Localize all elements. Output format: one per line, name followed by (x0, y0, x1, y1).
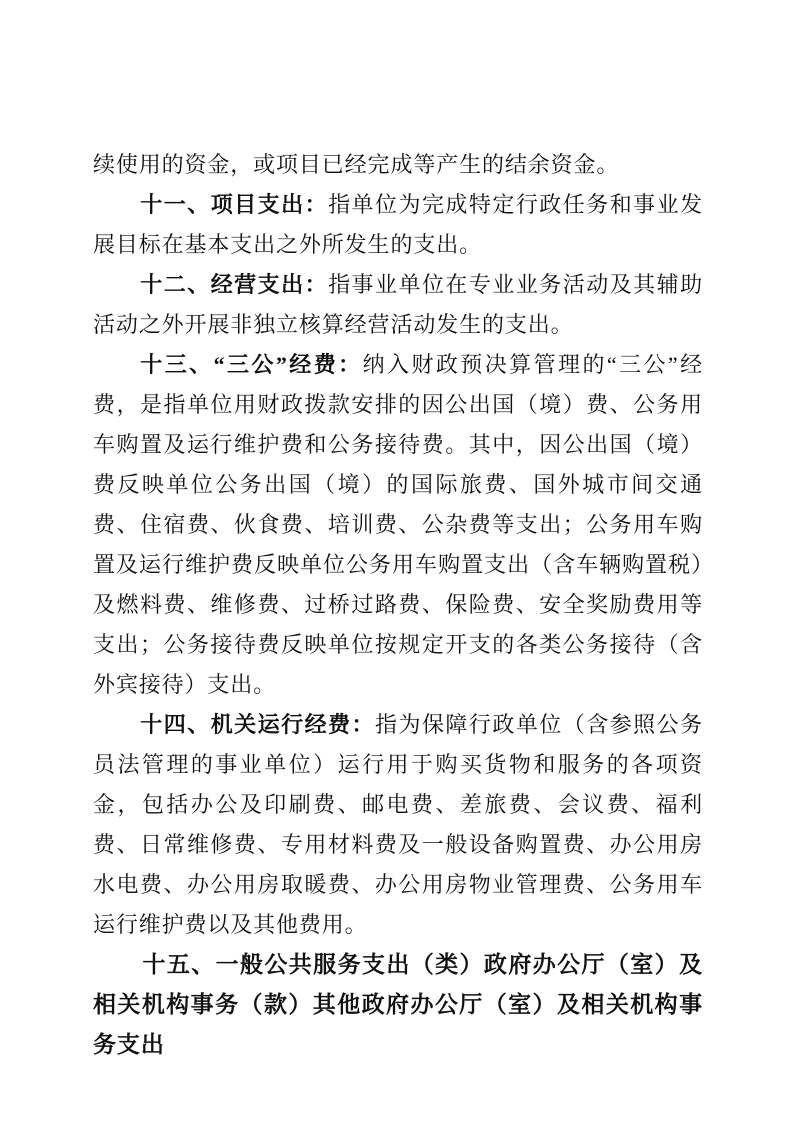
paragraph-body: 指为保障行政单位（含参照公务员法管理的事业单位）运行用于购买货物和服务的各项资金… (93, 712, 703, 937)
paragraph-item-14: 十四、机关运行经费：指为保障行政单位（含参照公务员法管理的事业单位）运行用于购买… (93, 705, 703, 945)
paragraph-item-11: 十一、项目支出：指单位为完成特定行政任务和事业发展目标在基本支出之外所发生的支出… (93, 185, 703, 265)
paragraph-item-12: 十二、经营支出：指事业单位在专业业务活动及其辅助活动之外开展非独立核算经营活动发… (93, 265, 703, 345)
paragraph-lead: 十五、一般公共服务支出（类）政府办公厅（室）及相关机构事务（款）其他政府办公厅（… (93, 952, 703, 1057)
paragraph-item-15: 十五、一般公共服务支出（类）政府办公厅（室）及相关机构事务（款）其他政府办公厅（… (93, 945, 703, 1065)
paragraph-body: 纳入财政预决算管理的“三公”经费，是指单位用财政拨款安排的因公出国（境）费、公务… (93, 352, 703, 697)
paragraph-lead: 十一、项目支出： (140, 192, 328, 217)
paragraph-body: 续使用的资金，或项目已经完成等产生的结余资金。 (93, 152, 619, 177)
paragraph-lead: 十二、经营支出： (140, 272, 328, 297)
paragraph-lead: 十四、机关运行经费： (140, 712, 375, 737)
paragraph-lead: 十三、“三公”经费： (140, 352, 362, 377)
paragraph-continuation: 续使用的资金，或项目已经完成等产生的结余资金。 (93, 145, 703, 185)
document-page: 续使用的资金，或项目已经完成等产生的结余资金。 十一、项目支出：指单位为完成特定… (0, 0, 793, 1122)
paragraph-item-13: 十三、“三公”经费：纳入财政预决算管理的“三公”经费，是指单位用财政拨款安排的因… (93, 345, 703, 705)
